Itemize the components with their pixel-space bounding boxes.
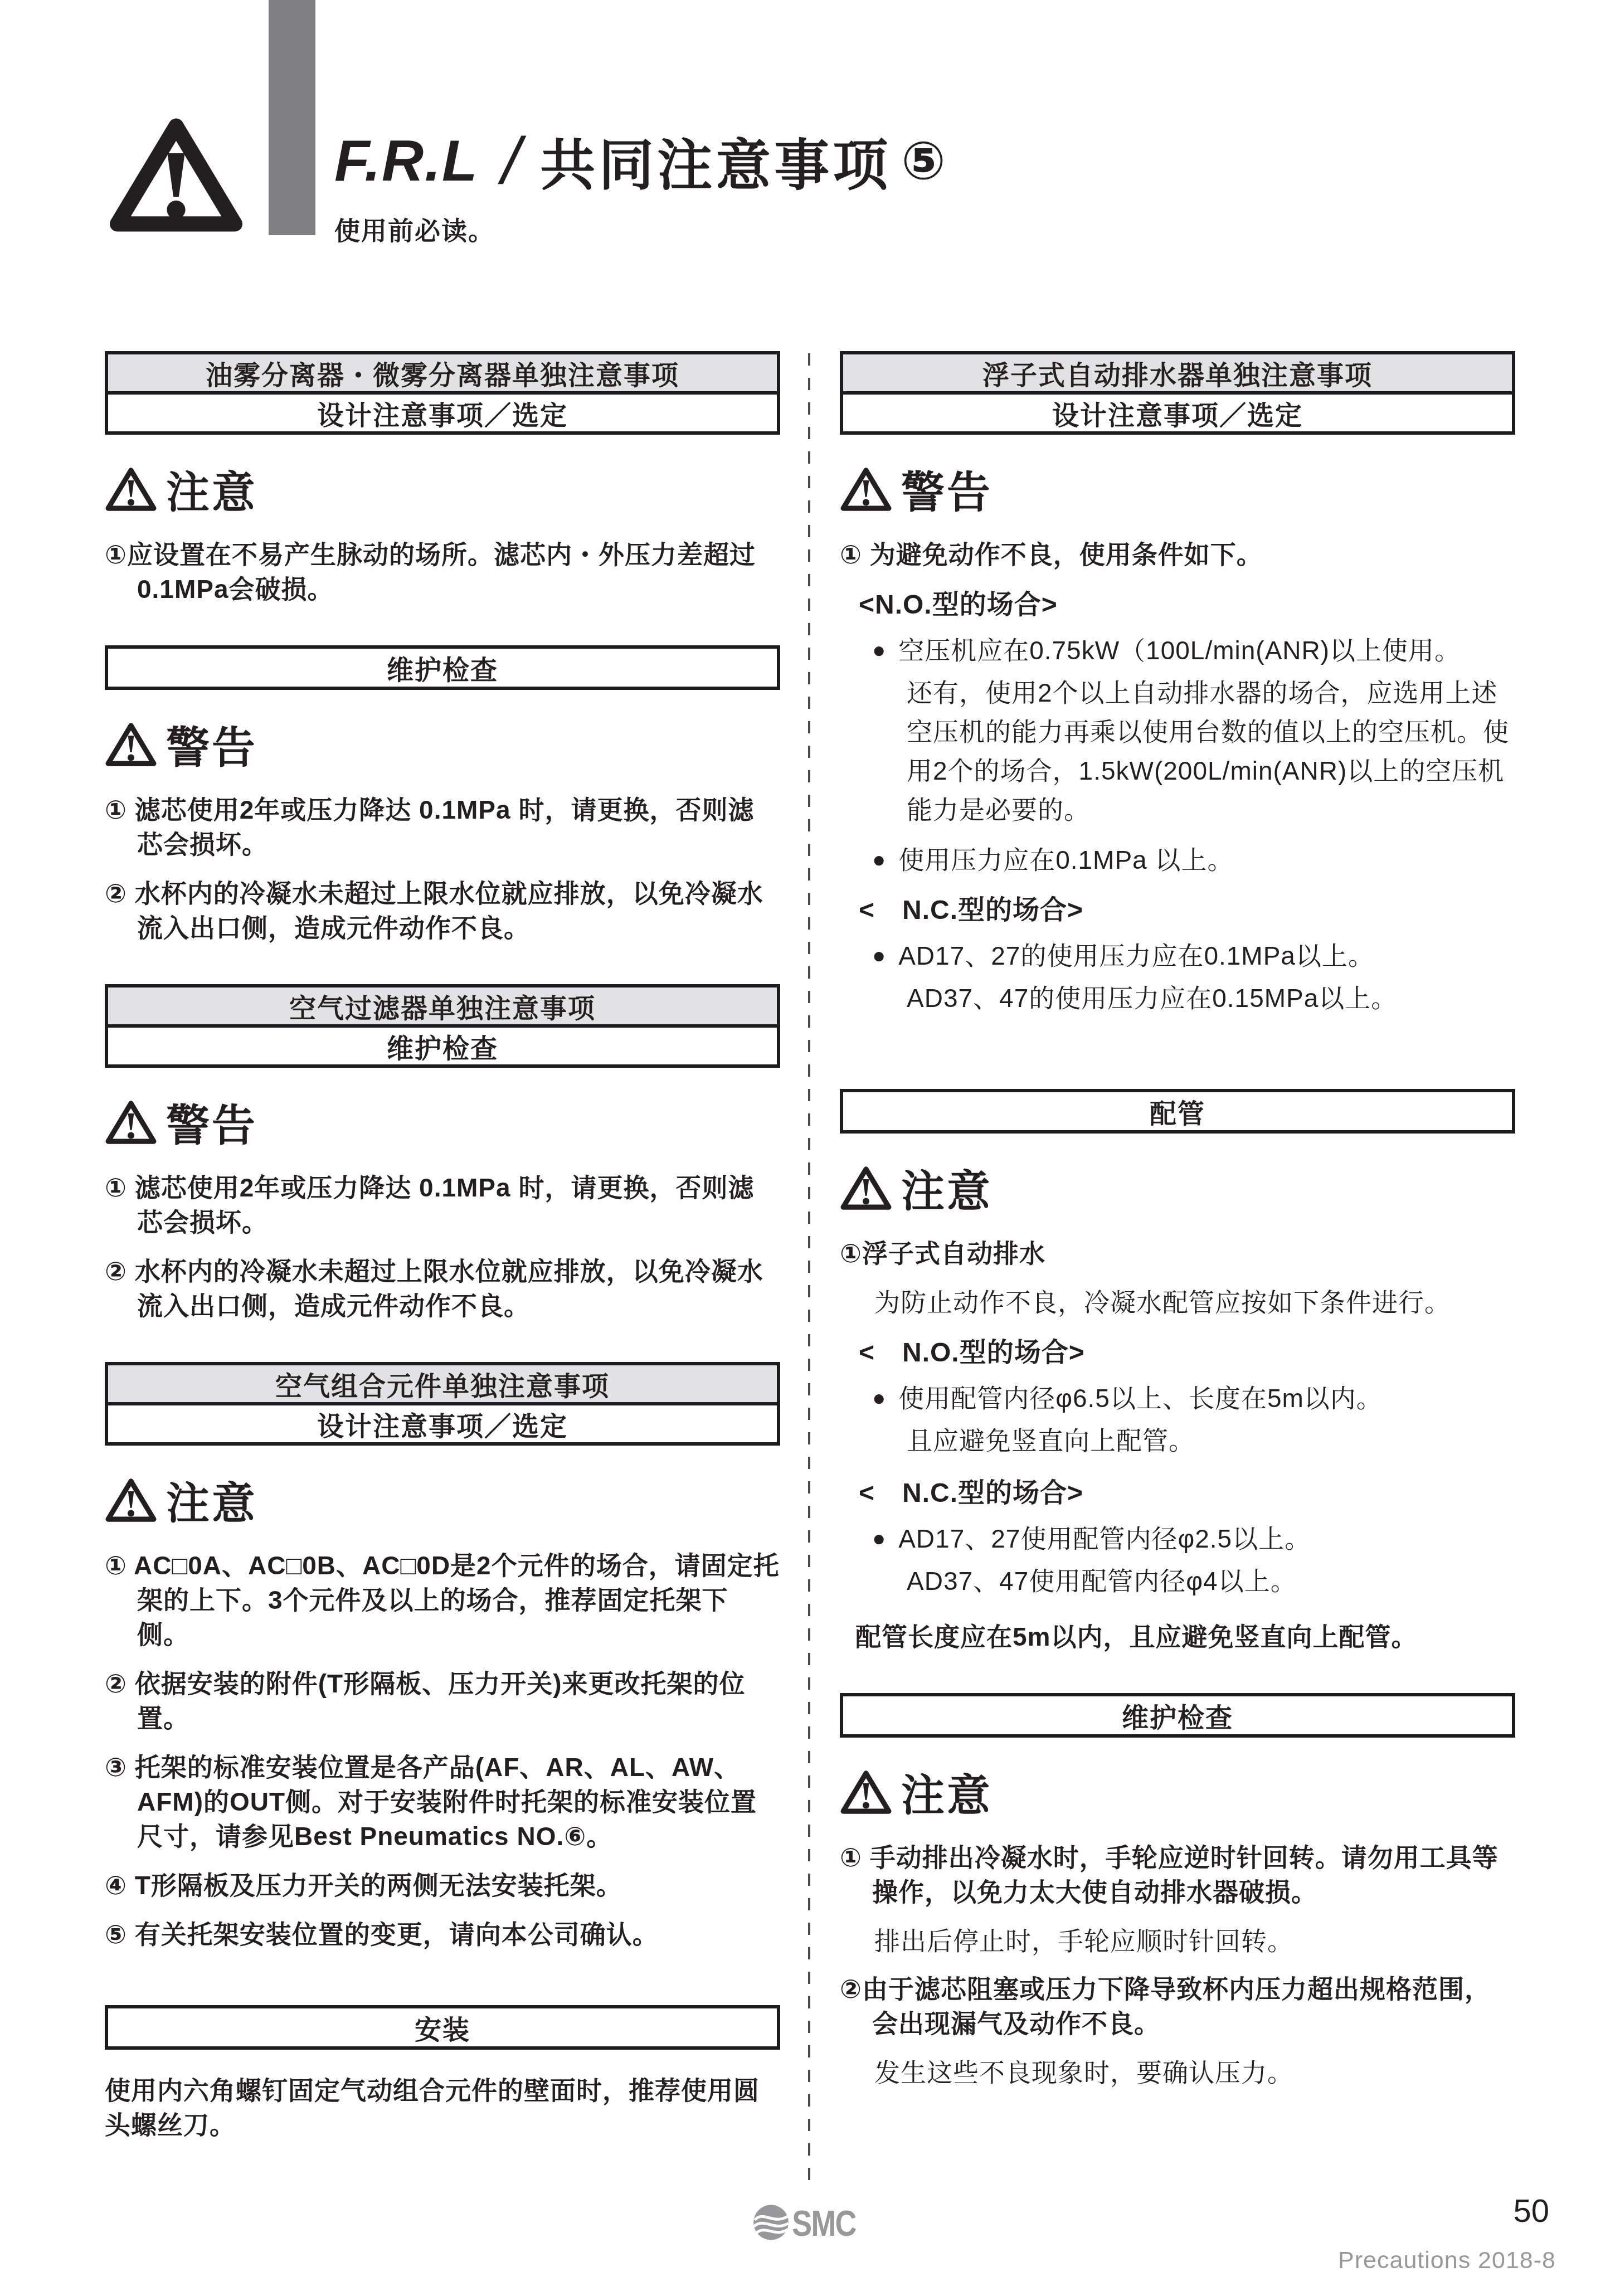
paragraph: ① 手动排出冷凝水时，手轮应逆时针回转。请勿用工具等操作，以免力太大使自动排水器… (840, 1840, 1515, 1909)
section-header-box-single: 维护检查 (105, 645, 780, 690)
warning-triangle-icon (840, 466, 892, 512)
section-header-primary: 空气过滤器单独注意事项 (108, 988, 777, 1028)
caution-heading: 注意 (105, 1469, 780, 1531)
page-title-block: F.R.L / 共同注意事项 ⑤ 使用前必读。 (334, 121, 946, 247)
page-subtitle: 使用前必读。 (334, 211, 946, 247)
svg-text:SMC: SMC (792, 2203, 856, 2244)
paragraph: ②由于滤芯阻塞或压力下降导致杯内压力超出规格范围，会出现漏气及动作不良。 (840, 1972, 1515, 2041)
caution-heading: 注意 (840, 1761, 1515, 1823)
bullet-icon: ● (872, 938, 886, 973)
emphasis-note: 配管长度应在5m以内，且应避免竖直向上配管。 (855, 1619, 1515, 1654)
note-text: 排出后停止时，手轮应顺时针回转。 (874, 1924, 1515, 1958)
section-header-secondary: 维护检查 (108, 1028, 777, 1064)
warn-heading-label: 注意 (166, 1469, 257, 1531)
smc-logo: SMC (752, 2199, 872, 2246)
warning-triangle-icon (105, 1477, 157, 1523)
bullet-item: ●使用配管内径φ6.5以上、长度在5m以内。 (872, 1381, 1515, 1415)
bullet-text: 空压机应在0.75kW（100L/min(ANR)以上使用。 (898, 633, 1461, 668)
paragraph: ③ 托架的标准安装位置是各产品(AF、AR、AL、AW、AFM)的OUT侧。对于… (105, 1750, 780, 1854)
note-text: 为防止动作不良，冷凝水配管应按如下条件进行。 (874, 1285, 1515, 1320)
section-header-secondary: 设计注意事项／选定 (108, 1405, 777, 1442)
edition-label: Precautions 2018-8 (1298, 2247, 1556, 2274)
bullet-item: ●空压机应在0.75kW（100L/min(ANR)以上使用。 (872, 633, 1515, 668)
warning-triangle-icon (840, 1769, 892, 1815)
warning-triangle-icon (840, 1165, 892, 1211)
section-header-box-single: 维护检查 (840, 1693, 1515, 1738)
warning-triangle-icon (105, 722, 157, 767)
section-header-box: 空气过滤器单独注意事项维护检查 (105, 984, 780, 1068)
bullet-item: ●AD17、27使用配管内径φ2.5以上。 (872, 1521, 1515, 1556)
bullet-text: 使用压力应在0.1MPa 以上。 (898, 843, 1233, 877)
warning-triangle-icon (105, 466, 157, 512)
bullet-text: AD17、27的使用压力应在0.1MPa以上。 (898, 938, 1374, 973)
paragraph: ② 水杯内的冷凝水未超过上限水位就应排放，以免冷凝水流入出口侧，造成元件动作不良… (105, 1254, 780, 1323)
warning-heading: 警告 (105, 1091, 780, 1154)
bullet-text: AD17、27使用配管内径φ2.5以上。 (898, 1521, 1311, 1556)
note-text: 发生这些不良现象时，要确认压力。 (874, 2055, 1515, 2090)
paragraph: ① 滤芯使用2年或压力降达 0.1MPa 时，请更换，否则滤芯会损坏。 (105, 792, 780, 862)
section-header-label: 维护检查 (843, 1696, 1512, 1734)
page-title: F.R.L / 共同注意事项 ⑤ (334, 121, 946, 201)
page: { "colors": { "ink": "#231f20", "box_hea… (0, 0, 1620, 2296)
paragraph: ① AC□0A、AC□0B、AC□0D是2个元件的场合，请固定托架的上下。3个元… (105, 1548, 780, 1652)
header-accent-bar (269, 0, 315, 235)
page-number: 50 (1471, 2192, 1549, 2230)
paragraph: ①应设置在不易产生脉动的场所。滤芯内・外压力差超过0.1MPa会破损。 (105, 537, 780, 606)
section-header-box: 油雾分离器・微雾分离器单独注意事项设计注意事项／选定 (105, 351, 780, 435)
bullet-continuation: AD37、47的使用压力应在0.15MPa以上。 (907, 979, 1515, 1018)
paragraph: ①浮子式自动排水 (840, 1236, 1515, 1271)
section-header-primary: 空气组合元件单独注意事项 (108, 1365, 777, 1405)
type-case-subheading: < N.C.型的场合> (859, 894, 1515, 927)
paragraph: ② 依据安装的附件(T形隔板、压力开关)来更改托架的位置。 (105, 1666, 780, 1735)
warning-triangle-icon (105, 1100, 157, 1145)
bullet-icon: ● (872, 1521, 886, 1556)
section-header-secondary: 设计注意事项／选定 (843, 395, 1512, 431)
title-number: ⑤ (901, 131, 946, 192)
paragraph: ② 水杯内的冷凝水未超过上限水位就应排放，以免冷凝水流入出口侧，造成元件动作不良… (105, 876, 780, 945)
bullet-item: ●AD17、27的使用压力应在0.1MPa以上。 (872, 938, 1515, 973)
paragraph: ① 滤芯使用2年或压力降达 0.1MPa 时，请更换，否则滤芯会损坏。 (105, 1170, 780, 1239)
title-latin: F.R.L (334, 128, 478, 194)
paragraph: 使用内六角螺钉固定气动组合元件的壁面时，推荐使用圆头螺丝刀。 (105, 2073, 780, 2142)
warn-heading-label: 警告 (166, 1091, 257, 1154)
section-header-label: 维护检查 (108, 649, 777, 687)
bullet-icon: ● (872, 843, 886, 877)
section-header-primary: 浮子式自动排水器单独注意事项 (843, 354, 1512, 395)
warning-triangle-icon (109, 114, 244, 236)
title-separator: / (495, 123, 529, 199)
section-header-label: 配管 (843, 1092, 1512, 1130)
warn-heading-label: 注意 (901, 1157, 993, 1219)
section-header-primary: 油雾分离器・微雾分离器单独注意事项 (108, 354, 777, 395)
type-case-subheading: < N.O.型的场合> (859, 1336, 1515, 1370)
title-chinese: 共同注意事项 (540, 121, 891, 201)
warn-heading-label: 警告 (901, 458, 993, 521)
bullet-continuation: 且应避免竖直向上配管。 (907, 1421, 1515, 1460)
section-header-label: 安装 (108, 2008, 777, 2046)
type-case-subheading: <N.O.型的场合> (859, 588, 1515, 622)
warning-heading: 警告 (840, 458, 1515, 521)
section-header-box-single: 安装 (105, 2005, 780, 2050)
bullet-continuation: AD37、47使用配管内径φ4以上。 (907, 1562, 1515, 1601)
paragraph: ⑤ 有关托架安装位置的变更，请向本公司确认。 (105, 1917, 780, 1952)
warn-heading-label: 警告 (166, 713, 257, 776)
warn-heading-label: 注意 (901, 1761, 993, 1823)
section-header-box: 浮子式自动排水器单独注意事项设计注意事项／选定 (840, 351, 1515, 435)
section-header-box-single: 配管 (840, 1089, 1515, 1134)
warn-heading-label: 注意 (166, 458, 257, 521)
type-case-subheading: < N.C.型的场合> (859, 1477, 1515, 1510)
paragraph: ④ T形隔板及压力开关的两侧无法安装托架。 (105, 1868, 780, 1903)
column-divider (808, 353, 810, 2187)
paragraph: ① 为避免动作不良，使用条件如下。 (840, 537, 1515, 572)
bullet-text: 使用配管内径φ6.5以上、长度在5m以内。 (898, 1381, 1383, 1415)
section-header-secondary: 设计注意事项／选定 (108, 395, 777, 431)
caution-heading: 注意 (840, 1157, 1515, 1219)
caution-heading: 注意 (105, 458, 780, 521)
right-column: 浮子式自动排水器单独注意事项设计注意事项／选定警告① 为避免动作不良，使用条件如… (840, 351, 1515, 2102)
bullet-icon: ● (872, 633, 886, 668)
bullet-continuation: 还有，使用2个以上自动排水器的场合，应选用上述空压机的能力再乘以使用台数的值以上… (907, 673, 1515, 829)
warning-heading: 警告 (105, 713, 780, 776)
section-header-box: 空气组合元件单独注意事项设计注意事项／选定 (105, 1362, 780, 1446)
bullet-item: ●使用压力应在0.1MPa 以上。 (872, 843, 1515, 877)
left-column: 油雾分离器・微雾分离器单独注意事项设计注意事项／选定注意①应设置在不易产生脉动的… (105, 351, 780, 2157)
bullet-icon: ● (872, 1381, 886, 1415)
